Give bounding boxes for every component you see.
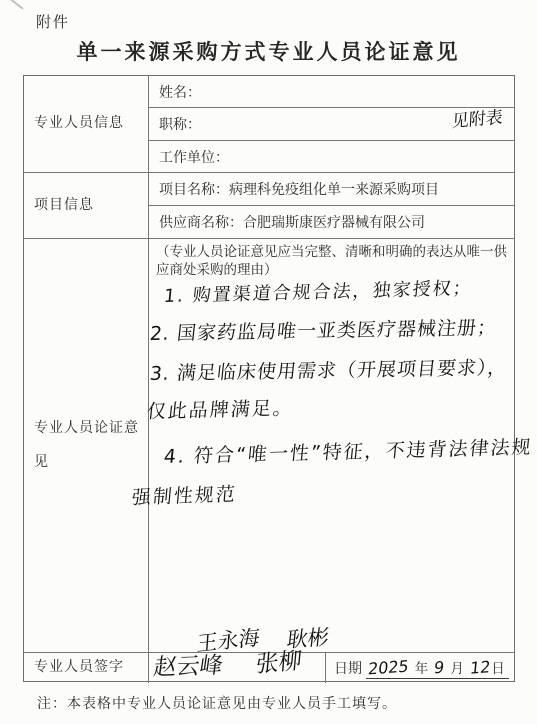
section-signature-label: 专业人员签字 xyxy=(24,653,149,683)
project-name-value: 病理科免疫组化单一来源采购项目 xyxy=(229,179,439,199)
section-project-info-label: 项目信息 xyxy=(24,173,149,239)
title-label: 职称： xyxy=(159,114,201,134)
footnote: 注：本表格中专业人员论证意见由专业人员手工填写。 xyxy=(37,693,397,713)
date-month-handwritten: 9 xyxy=(433,658,445,678)
field-workunit: 工作单位： xyxy=(149,141,514,173)
section-personnel-info-label: 专业人员信息 xyxy=(24,76,149,173)
section-opinion-label: 专业人员论证意见 xyxy=(24,239,149,653)
handwritten-see-attached: 见附表 xyxy=(451,102,503,132)
date-year-handwritten: 2025 xyxy=(367,656,410,678)
field-project-name: 项目名称：病理科免疫组化单一来源采购项目 xyxy=(149,173,514,206)
handwritten-opinion-line-6: 强制性规范 xyxy=(131,479,238,510)
field-supplier-name: 供应商名称：合肥瑞斯康医疗器械有限公司 xyxy=(149,206,514,239)
date-year-unit: 年 xyxy=(415,657,429,677)
supplier-value: 合肥瑞斯康医疗器械有限公司 xyxy=(243,212,425,232)
date-underline: 2025 年 9 月 12 日 xyxy=(366,657,509,679)
attachment-label: 附件 xyxy=(36,11,70,32)
field-name: 姓名： xyxy=(149,76,514,108)
date-day-unit: 日 xyxy=(491,657,505,677)
scan-mark-artifact xyxy=(2,0,23,9)
date-label: 日期 xyxy=(334,658,362,678)
handwritten-signature-3: 赵云峰 xyxy=(152,647,226,683)
scanned-form-page: 附件 单一来源采购方式专业人员论证意见 专业人员信息 姓名： 职称： 工作单位：… xyxy=(0,0,537,724)
date-month-unit: 月 xyxy=(450,657,464,677)
project-name-label: 项目名称： xyxy=(159,179,229,199)
supplier-label: 供应商名称： xyxy=(159,212,243,232)
handwritten-opinion-line-4: 仅此品牌满足。 xyxy=(146,393,296,424)
page-title: 单一来源采购方式专业人员论证意见 xyxy=(0,36,537,66)
name-label: 姓名： xyxy=(159,82,201,102)
date-day-handwritten: 12 xyxy=(469,657,491,678)
handwritten-signature-4: 张柳 xyxy=(255,642,304,679)
workunit-label: 工作单位： xyxy=(159,147,229,167)
date-cell: 日期 2025 年 9 月 12 日 xyxy=(326,653,514,683)
